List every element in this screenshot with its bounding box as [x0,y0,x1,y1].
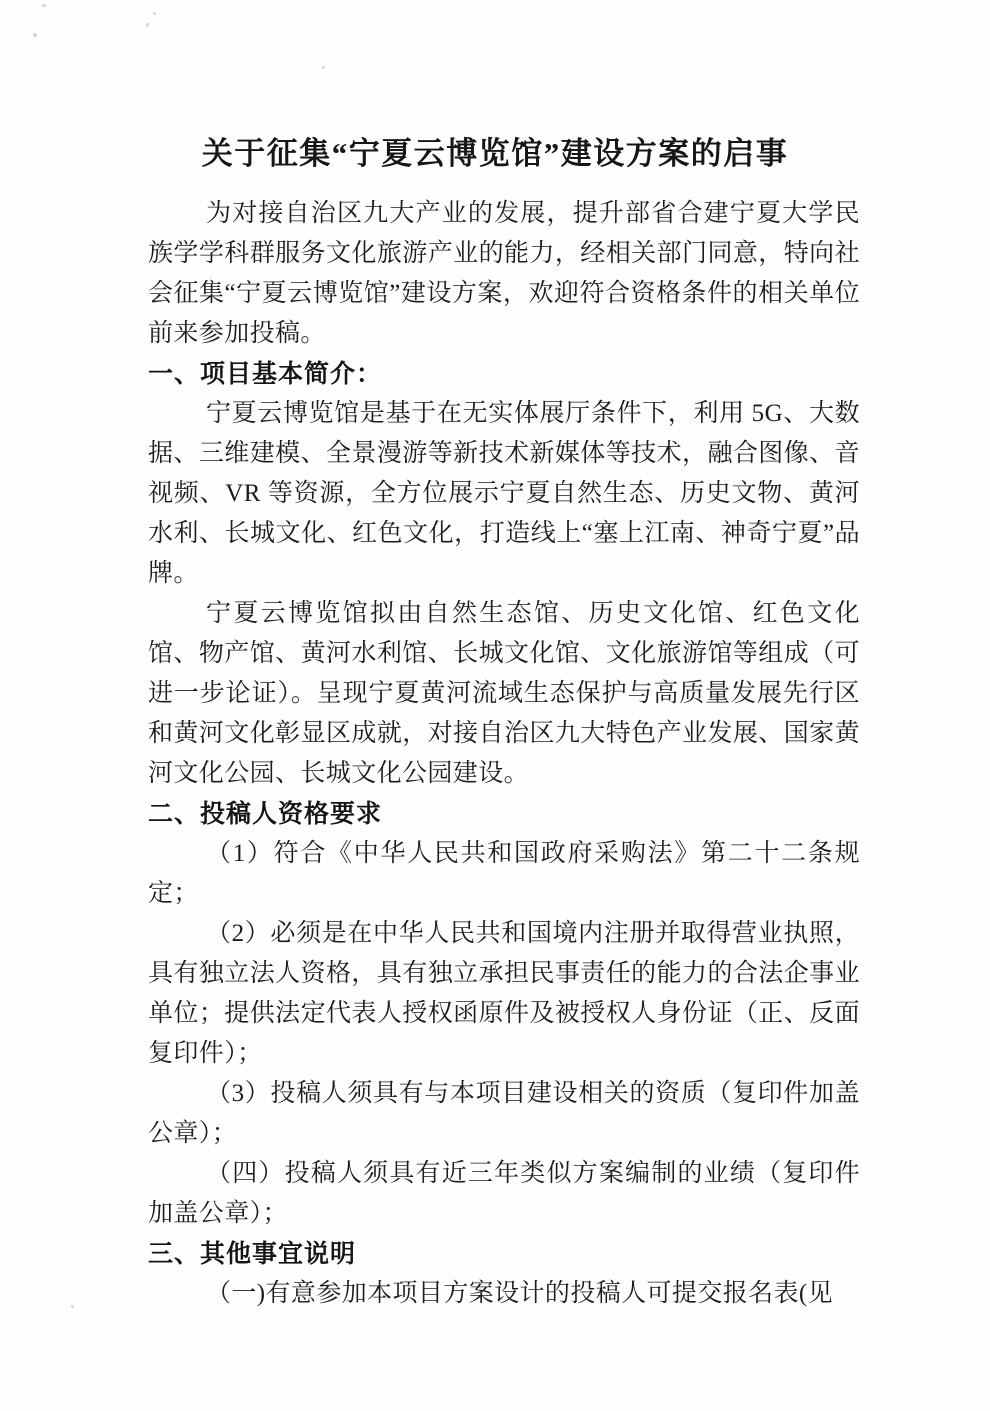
scan-speck [322,66,325,69]
other-matters-paragraph: （一)有意参加本项目方案设计的投稿人可提交报名表(见 [148,1274,860,1314]
section-heading-1: 一、项目基本简介： [148,354,860,394]
scan-speck [153,12,156,15]
scanned-document-page: 关于征集“宁夏云博览馆”建设方案的启事 为对接自治区九大产业的发展，提升部省合建… [0,0,990,1411]
qualification-item-1: （1）符合《中华人民共和国政府采购法》第二十二条规定； [148,834,860,914]
qualification-item-3: （3）投稿人须具有与本项目建设相关的资质（复印件加盖公章）； [148,1074,860,1154]
scan-speck [33,33,37,37]
scan-speck [146,23,149,27]
scan-speck [71,1305,74,1308]
scan-speck [42,4,46,7]
qualification-item-2: （2）必须是在中华人民共和国境内注册并取得营业执照，具有独立法人资格，具有独立承… [148,914,860,1074]
section-heading-3: 三、其他事宜说明 [148,1234,860,1274]
document-body: 为对接自治区九大产业的发展，提升部省合建宁夏大学民族学学科群服务文化旅游产业的能… [148,194,860,1314]
qualification-item-4: （四）投稿人须具有近三年类似方案编制的业绩（复印件加盖公章）； [148,1154,860,1234]
project-intro-paragraph-2: 宁夏云博览馆拟由自然生态馆、历史文化馆、红色文化馆、物产馆、黄河水利馆、长城文化… [148,594,860,794]
document-title: 关于征集“宁夏云博览馆”建设方案的启事 [0,131,990,177]
section-heading-2: 二、投稿人资格要求 [148,794,860,834]
intro-paragraph: 为对接自治区九大产业的发展，提升部省合建宁夏大学民族学学科群服务文化旅游产业的能… [148,194,860,354]
project-intro-paragraph-1: 宁夏云博览馆是基于在无实体展厅条件下，利用 5G、大数据、三维建模、全景漫游等新… [148,394,860,594]
